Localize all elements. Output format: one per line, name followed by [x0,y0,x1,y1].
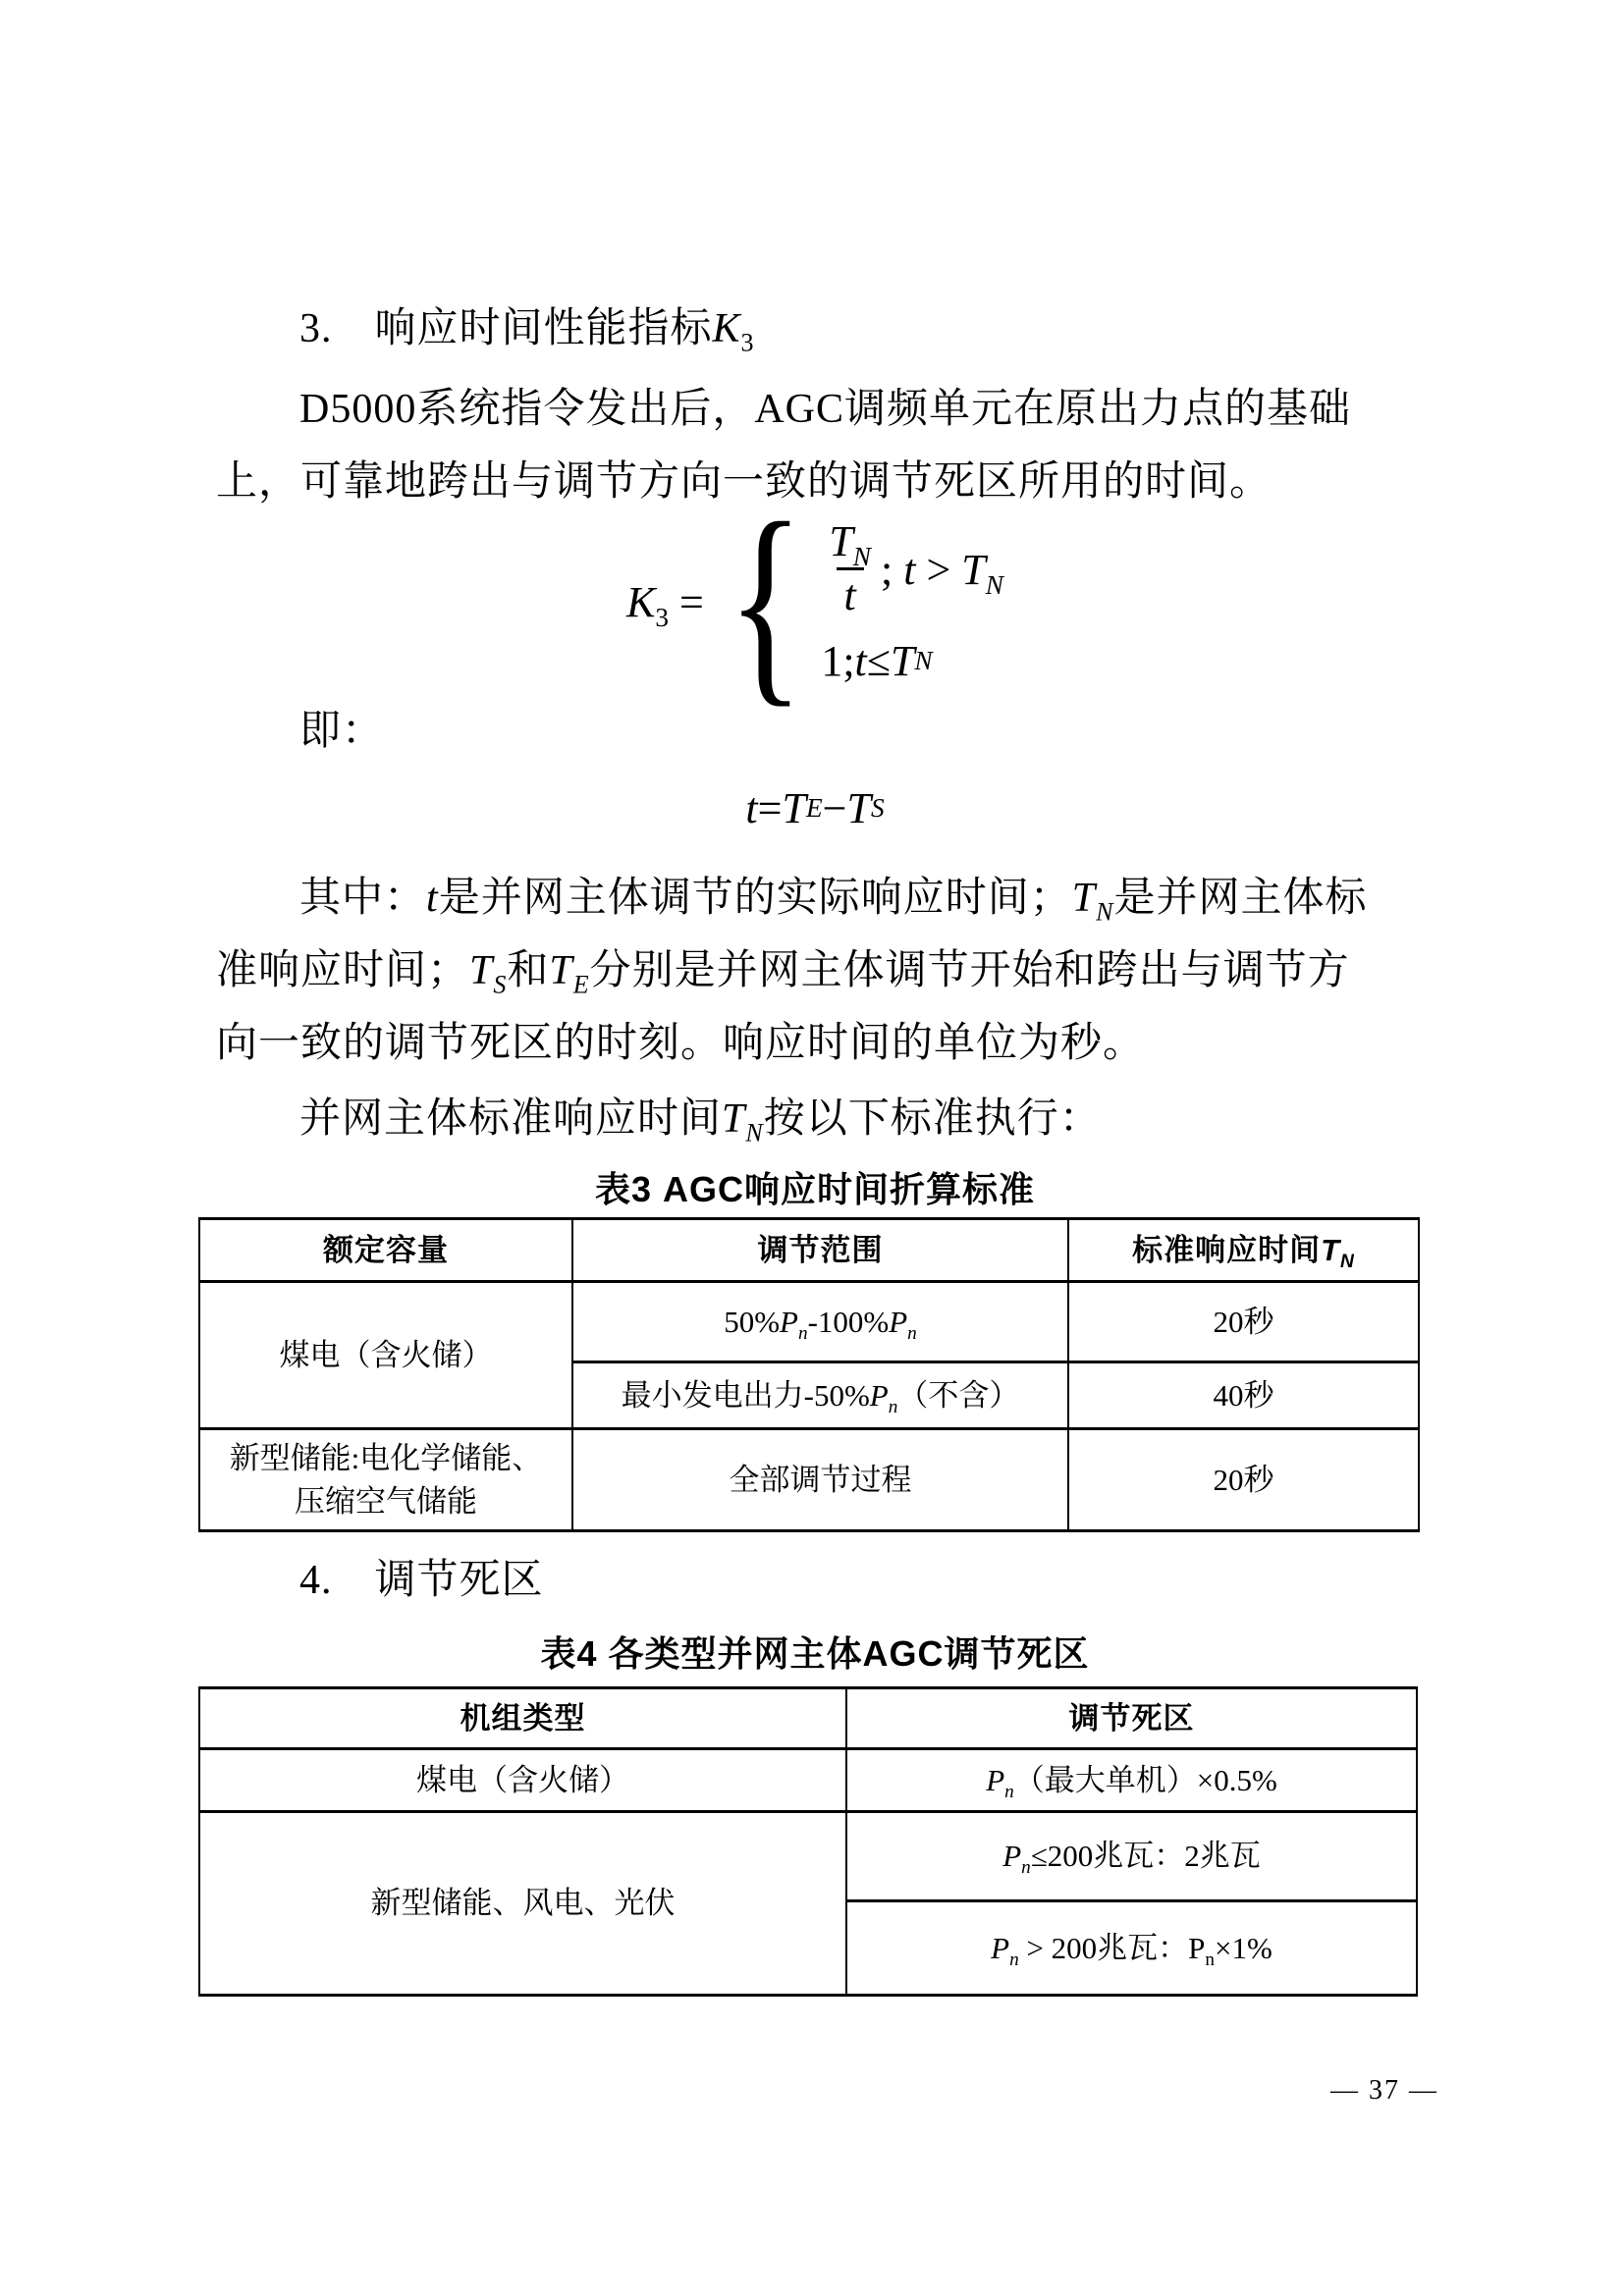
table-3-cell-time-40s: 40秒 [1068,1362,1419,1429]
paragraph-2-line-1: 其中：t是并网主体调节的实际响应时间；TN是并网主体标 [216,862,1414,934]
table-3-cell-coal: 煤电（含火储） [199,1282,572,1429]
fraction-numerator: TN [821,517,879,567]
table-3-cell-time-20s: 20秒 [1068,1282,1419,1362]
table-3-cell-range-min-50: 最小发电出力-50%Pn（不含） [572,1362,1068,1429]
table-3-header-standard-response-time: 标准响应时间TN [1068,1219,1419,1282]
formula-k3: K3 = { TN t ; t > TN 1; t ≤ TN [216,518,1414,685]
fraction-denominator: t [837,567,864,622]
table-4-cell-deadband-le-200: Pn≤200兆瓦：2兆瓦 [846,1812,1417,1901]
table-3-cell-full-process: 全部调节过程 [572,1429,1068,1531]
table-row: 煤电（含火储） Pn（最大单机）×0.5% [199,1749,1417,1812]
table-4-header-deadband: 调节死区 [846,1688,1417,1749]
table-3-cell-range-50-100: 50%Pn-100%Pn [572,1282,1068,1362]
formula-k3-lhs: K3 = [626,577,704,627]
formula-k3-cases: TN t ; t > TN 1; t ≤ TN [821,517,1003,685]
that-is-label: 即： [216,695,1414,768]
paragraph-1-line-1: D5000系统指令发出后，AGC调频单元在原出力点的基础 [216,373,1414,446]
formula-k3-case-1: TN t ; t > TN [821,517,1003,621]
table-4-header-row: 机组类型 调节死区 [199,1688,1417,1749]
table-4-header-unit-type: 机组类型 [199,1688,846,1749]
table-3-agc-response-time: 额定容量 调节范围 标准响应时间TN 煤电（含火储） 50%Pn-100%Pn … [198,1217,1420,1532]
table-4-cell-new-energy: 新型储能、风电、光伏 [199,1812,846,1996]
table-4-cell-coal-deadband: Pn（最大单机）×0.5% [846,1749,1417,1812]
table-4-title: 表4 各类型并网主体AGC调节死区 [216,1629,1414,1679]
table-row: 煤电（含火储） 50%Pn-100%Pn 20秒 [199,1282,1419,1362]
formula-t: t = TE − TS [216,778,1414,837]
section-heading-3: 3. 响应时间性能指标K3 [216,305,1414,352]
table-3-cell-new-storage: 新型储能:电化学储能、压缩空气储能 [199,1429,572,1531]
table-3-header-regulation-range: 调节范围 [572,1219,1068,1282]
paragraph-2-line-3: 向一致的调节死区的时刻。响应时间的单位为秒。 [216,1007,1414,1080]
formula-k3-case-2: 1; t ≤ TN [821,636,1003,686]
table-3-cell-time-20s-2: 20秒 [1068,1429,1419,1531]
formula-k3-case-1-condition: ; t > TN [881,545,1003,595]
curly-brace: { [727,518,804,685]
document-page: 3. 响应时间性能指标K3 D5000系统指令发出后，AGC调频单元在原出力点的… [0,0,1624,2296]
table-4-agc-deadband: 机组类型 调节死区 煤电（含火储） Pn（最大单机）×0.5% 新型储能、风电、… [198,1686,1418,1997]
paragraph-3: 并网主体标准响应时间TN按以下标准执行： [216,1083,1414,1155]
table-row: 新型储能、风电、光伏 Pn≤200兆瓦：2兆瓦 [199,1812,1417,1901]
table-4-cell-deadband-gt-200: Pn > 200兆瓦：Pn×1% [846,1901,1417,1996]
table-3-header-rated-capacity: 额定容量 [199,1219,572,1282]
section-heading-4: 4. 调节死区 [216,1557,1414,1604]
fraction-tn-over-t: TN t [821,517,879,621]
paragraph-2-line-2: 准响应时间；TS和TE分别是并网主体调节开始和跨出与调节方 [216,934,1414,1007]
table-3-header-row: 额定容量 调节范围 标准响应时间TN [199,1219,1419,1282]
page-content: 3. 响应时间性能指标K3 D5000系统指令发出后，AGC调频单元在原出力点的… [216,0,1414,1997]
table-4-cell-coal: 煤电（含火储） [199,1749,846,1812]
paragraph-1-line-2: 上，可靠地跨出与调节方向一致的调节死区所用的时间。 [216,446,1414,518]
page-number: — 37 — [1330,2073,1438,2109]
table-3-title: 表3 AGC响应时间折算标准 [216,1165,1414,1214]
table-row: 新型储能:电化学储能、压缩空气储能 全部调节过程 20秒 [199,1429,1419,1531]
